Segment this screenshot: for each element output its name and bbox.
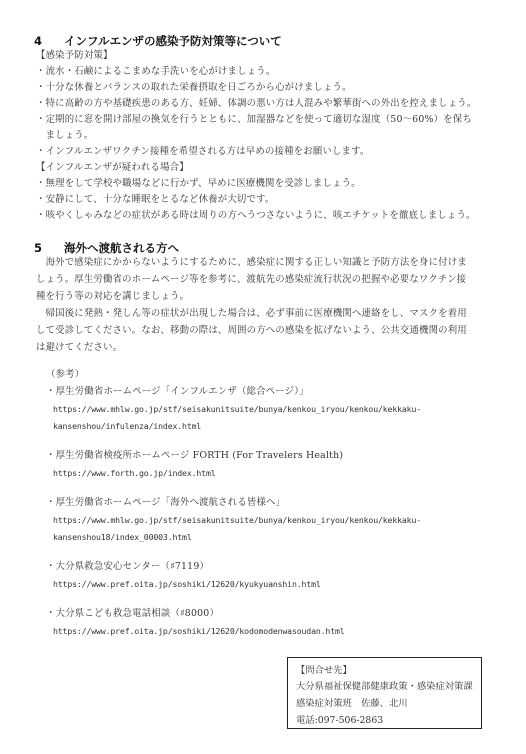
paragraph-line: 種を行う等の対応を講じましょう。: [36, 291, 189, 303]
section-title: 海外へ渡航される方へ: [64, 241, 179, 255]
reference-label: ・大分県こども救急電話相談（♯8000）: [46, 608, 219, 620]
reference-url[interactable]: kansenshou/infulenza/index.html: [53, 420, 201, 432]
contact-department: 大分県福祉保健部健康政策・感染症対策課: [296, 678, 473, 692]
section-title: インフルエンザの感染予防対策等について: [64, 34, 282, 48]
reference-url[interactable]: https://www.forth.go.jp/index.html: [53, 467, 216, 479]
contact-team: 感染症対策班 佐藤、北川: [296, 695, 408, 709]
reference-label: ・厚生労働省ホームページ「海外へ渡航される皆様へ」: [46, 497, 285, 509]
list-item: ・流水・石鹸によるこまめな手洗いを心がけましょう。: [36, 66, 275, 78]
list-item: ・十分な休養とバランスの取れた栄養摂取を日ごろから心がけましょう。: [36, 82, 352, 94]
reference-url[interactable]: https://www.mhlw.go.jp/stf/seisakunitsui…: [53, 514, 421, 526]
paragraph-line: して受診してください。なお、移動の際は、周囲の方への感染を拡げないよう、公共交通…: [36, 325, 467, 337]
paragraph-line: 海外で感染症にかからないようにするために、感染症に関する正しい知識と予防方法を身…: [36, 257, 467, 269]
contact-box: 【問合せ先】 大分県福祉保健部健康政策・感染症対策課 感染症対策班 佐藤、北川 …: [287, 657, 482, 729]
paragraph-line: しょう。厚生労働省のホームページ等を参考に、渡航先の感染症流行状況の把握や必要な…: [36, 274, 466, 286]
reference-url[interactable]: kansenshou18/index_00003.html: [53, 531, 192, 543]
suspected-heading: 【インフルエンザが疑われる場合】: [36, 162, 189, 174]
list-item: ・インフルエンザワクチン接種を希望される方は早めの接種をお願いします。: [36, 146, 370, 158]
contact-phone: 電話:097-506-2863: [296, 712, 383, 726]
list-item: ましょう。: [36, 130, 93, 142]
reference-url[interactable]: https://www.mhlw.go.jp/stf/seisakunitsui…: [53, 403, 421, 415]
section-5-heading: 5海外へ渡航される方へ: [34, 240, 179, 256]
list-item: ・定期的に窓を開け部屋の換気を行うとともに、加湿器などを使って適切な湿度（50～…: [36, 114, 472, 126]
section-4-heading: 4インフルエンザの感染予防対策等について: [34, 33, 282, 49]
list-item: ・特に高齢の方や基礎疾患のある方、妊婦、体調の悪い方は人混みや繁華街への外出を控…: [36, 98, 476, 110]
reference-url[interactable]: https://www.pref.oita.jp/soshiki/12620/k…: [53, 578, 321, 590]
section-number: 5: [34, 241, 64, 255]
list-item: ・咳やくしゃみなどの症状がある時は周りの方へうつさないように、咳エチケットを徹底…: [36, 210, 476, 222]
list-item: ・安静にして、十分な睡眠をとるなど休養が大切です。: [36, 194, 274, 206]
paragraph-line: は避けてください。: [36, 342, 122, 354]
paragraph-line: 帰国後に発熱・発しん等の症状が出現した場合は、必ず事前に医療機関へ連絡をし、マス…: [36, 308, 467, 320]
reference-label: ・大分県救急安心センター（♯7119）: [46, 561, 209, 573]
section-number: 4: [34, 34, 64, 48]
reference-label: ・厚生労働省ホームページ「インフルエンザ（総合ページ）」: [46, 386, 309, 398]
list-item: ・無理をして学校や職場などに行かず、早めに医療機関を受診しましょう。: [36, 178, 361, 190]
document-page: 4インフルエンザの感染予防対策等について 【感染予防対策】 ・流水・石鹸によるこ…: [0, 0, 526, 754]
reference-label: ・厚生労働省検疫所ホームページ FORTH (For Travelers Hea…: [46, 450, 343, 462]
contact-heading: 【問合せ先】: [296, 662, 352, 676]
prevention-heading: 【感染予防対策】: [36, 50, 113, 62]
reference-url[interactable]: https://www.pref.oita.jp/soshiki/12620/k…: [53, 625, 345, 637]
references-heading: （参考）: [46, 369, 84, 381]
